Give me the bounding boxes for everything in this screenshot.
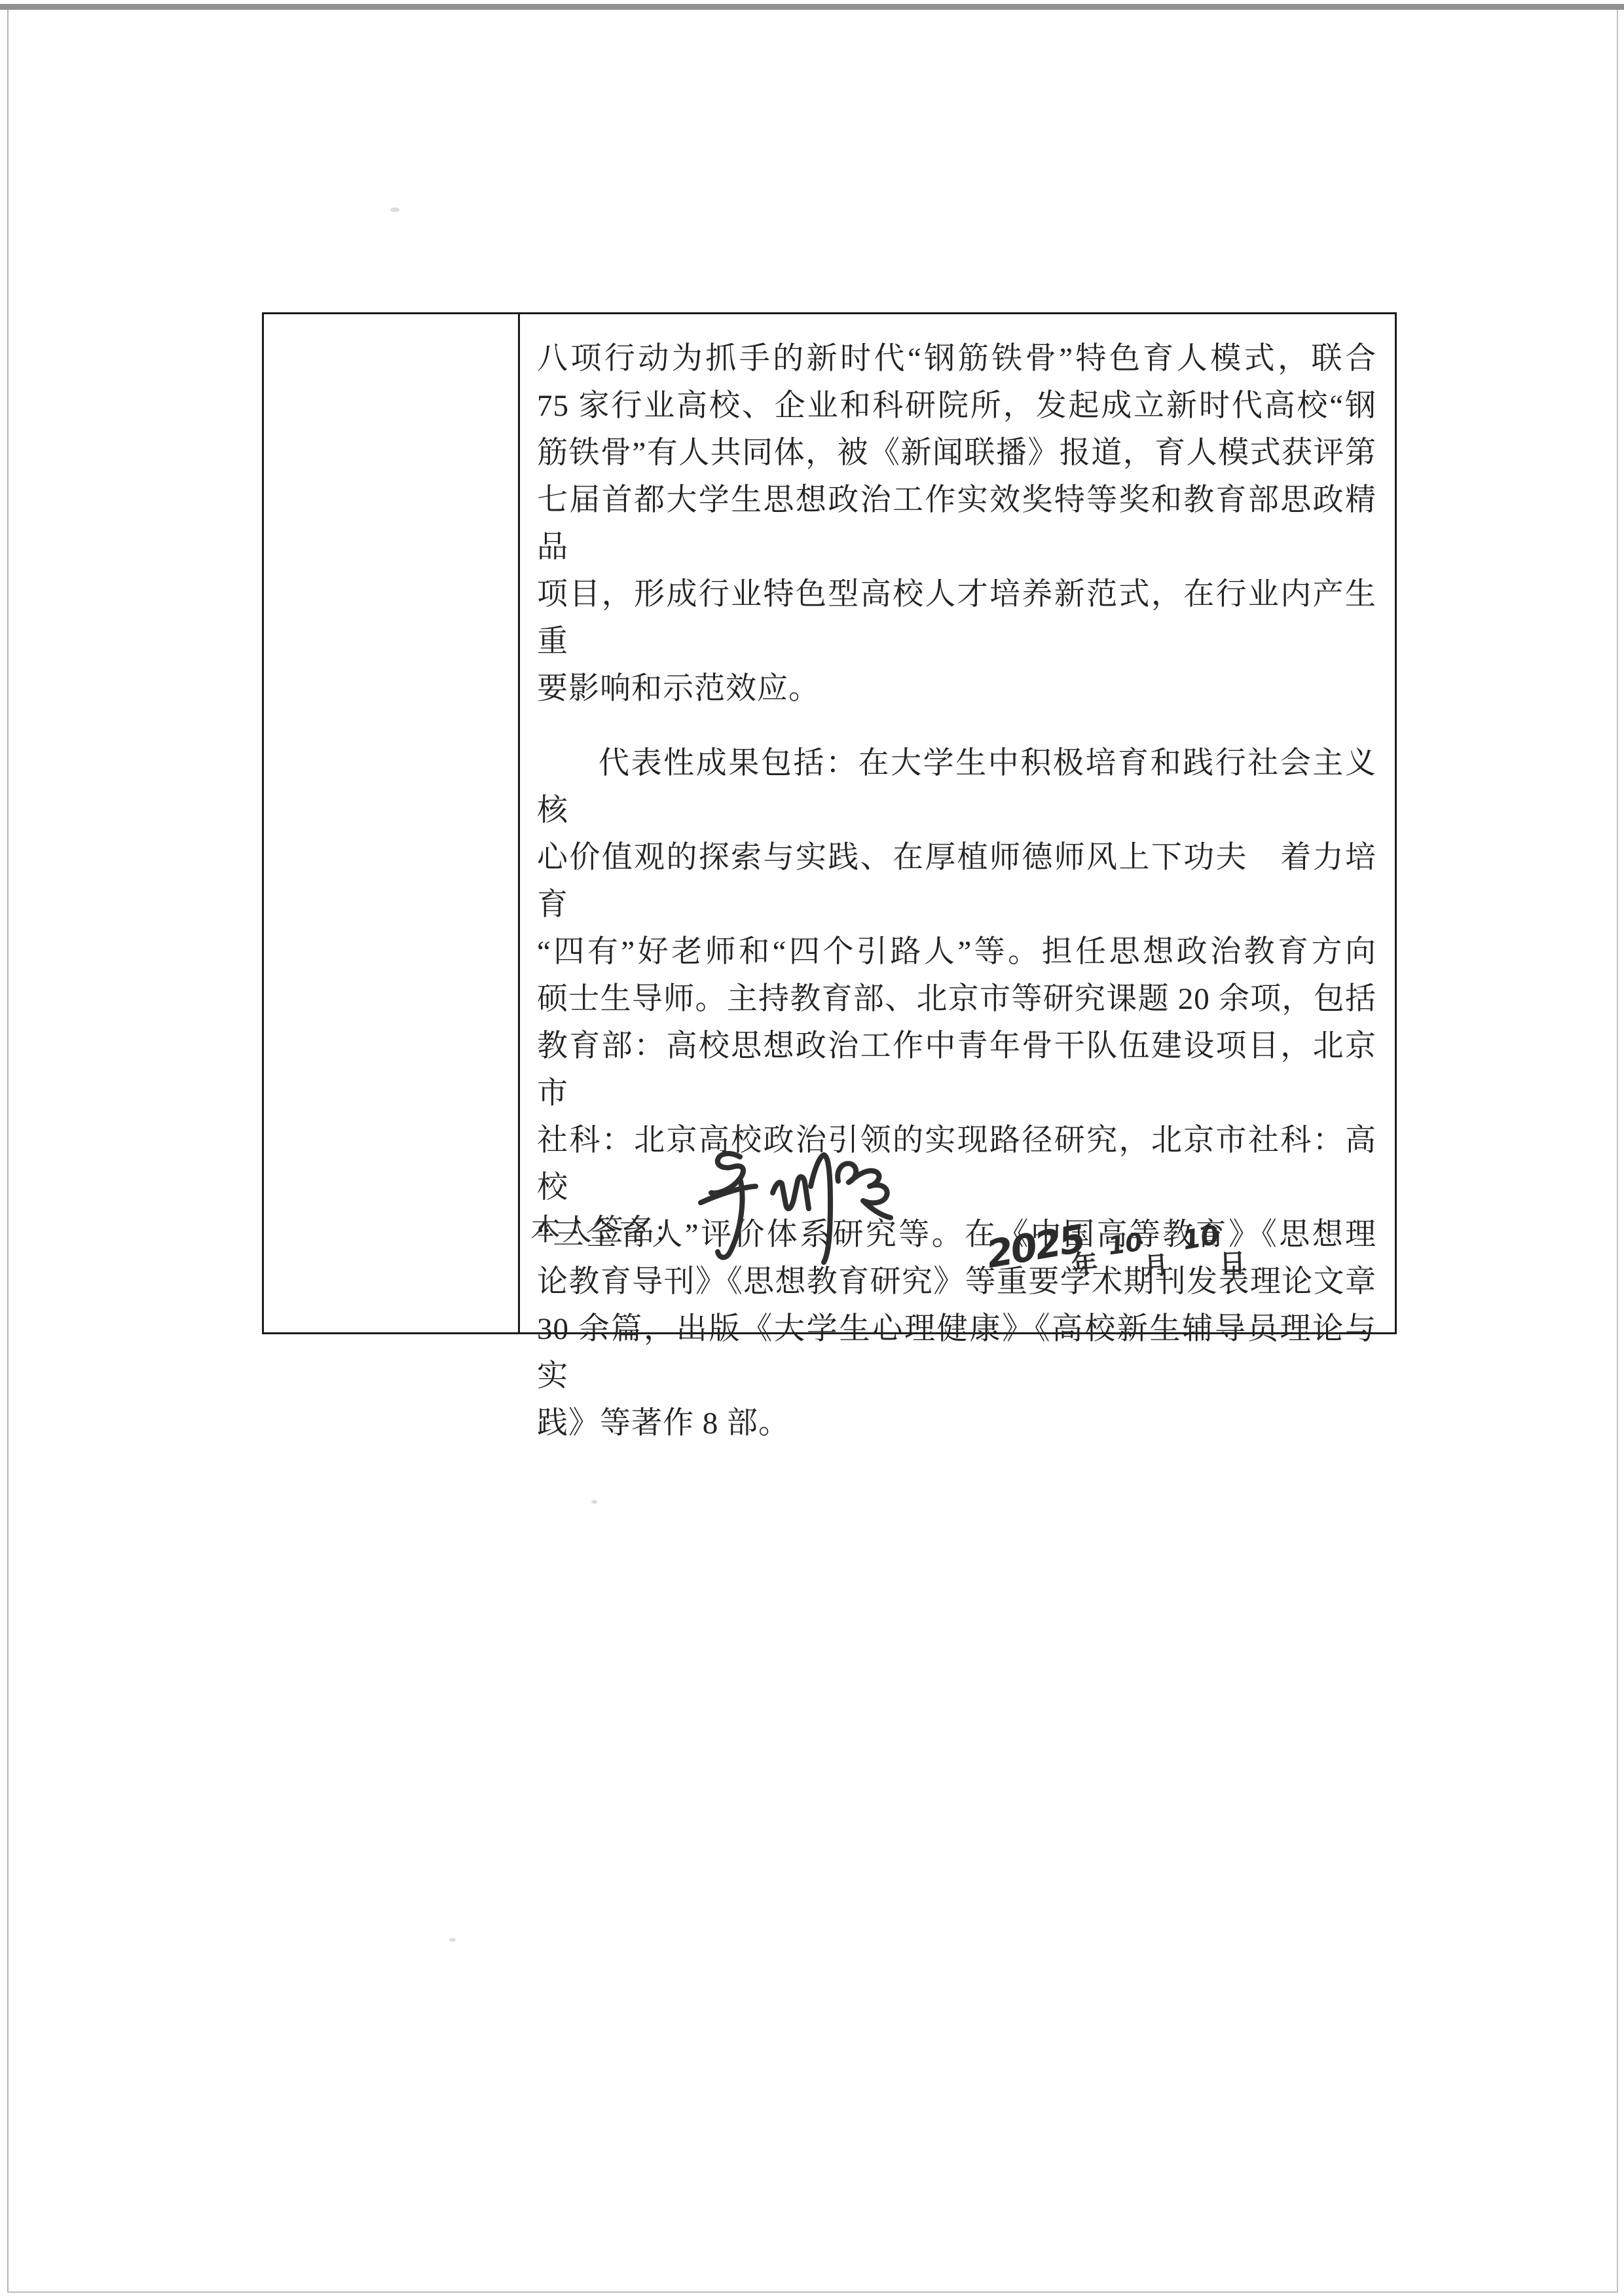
text-line: 要影响和示范效应。 <box>537 665 1376 712</box>
date-handwritten: 2025 年 10 月 10 日 <box>986 1222 1301 1307</box>
signature-handwriting <box>682 1140 905 1271</box>
text-line: 75 家行业高校、企业和科研院所，发起成立新时代高校“钢 <box>537 382 1376 429</box>
paragraph-achievements-model: 八项行动为抓手的新时代“钢筋铁骨”特色育人模式，联合 75 家行业高校、企业和科… <box>537 335 1376 712</box>
text-line: 八项行动为抓手的新时代“钢筋铁骨”特色育人模式，联合 <box>537 335 1376 382</box>
text-line: 社科：北京高校政治引领的实现路径研究，北京市社科：高校 <box>537 1117 1376 1211</box>
date-month-unit: 月 <box>1142 1245 1170 1283</box>
scan-speck <box>390 208 399 212</box>
scan-edge-left <box>7 10 9 2292</box>
text-line: 七届首都大学生思想政治工作实效奖特等奖和教育部思政精品 <box>537 477 1376 571</box>
form-table: 八项行动为抓手的新时代“钢筋铁骨”特色育人模式，联合 75 家行业高校、企业和科… <box>262 312 1397 1334</box>
text-line: “四有”好老师和“四个引路人”等。担任思想政治教育方向 <box>537 928 1376 975</box>
text-line: 心价值观的探索与实践、在厚植师德师风上下功夫 着力培育 <box>537 834 1376 928</box>
date-year-unit: 年 <box>1070 1243 1099 1282</box>
paragraph-representative-results: 代表性成果包括：在大学生中积极培育和践行社会主义核 心价值观的探索与实践、在厚植… <box>537 740 1376 1447</box>
text-line: 筋铁骨”有人共同体，被《新闻联播》报道，育人模式获评第 <box>537 429 1376 477</box>
scan-edge-top <box>0 4 1624 10</box>
scan-edge-right <box>1617 10 1618 2292</box>
scanned-page: 八项行动为抓手的新时代“钢筋铁骨”特色育人模式，联合 75 家行业高校、企业和科… <box>0 0 1624 2296</box>
date-month: 10 <box>1106 1228 1144 1261</box>
text-line: 代表性成果包括：在大学生中积极培育和践行社会主义核 <box>537 740 1376 834</box>
text-line: 硕士生导师。主持教育部、北京市等研究课题 20 余项，包括 <box>537 975 1376 1023</box>
text-line: 教育部：高校思想政治工作中青年骨干队伍建设项目，北京市 <box>537 1023 1376 1117</box>
text-line: 项目，形成行业特色型高校人才培养新范式，在行业内产生重 <box>537 571 1376 665</box>
date-day-unit: 日 <box>1219 1242 1246 1280</box>
scan-speck <box>449 1938 456 1942</box>
text-line: 践》等著作 8 部。 <box>537 1400 1376 1447</box>
table-content-cell: 八项行动为抓手的新时代“钢筋铁骨”特色育人模式，联合 75 家行业高校、企业和科… <box>520 314 1395 1332</box>
text-line: 30 余篇，出版《大学生心理健康》《高校新生辅导员理论与实 <box>537 1305 1376 1400</box>
table-left-cell <box>264 314 518 1332</box>
signature-label: 本人签名: <box>530 1206 666 1249</box>
date-day: 10 <box>1180 1220 1221 1256</box>
scan-speck <box>591 1500 597 1504</box>
scan-edge-bottom <box>7 2291 1618 2293</box>
